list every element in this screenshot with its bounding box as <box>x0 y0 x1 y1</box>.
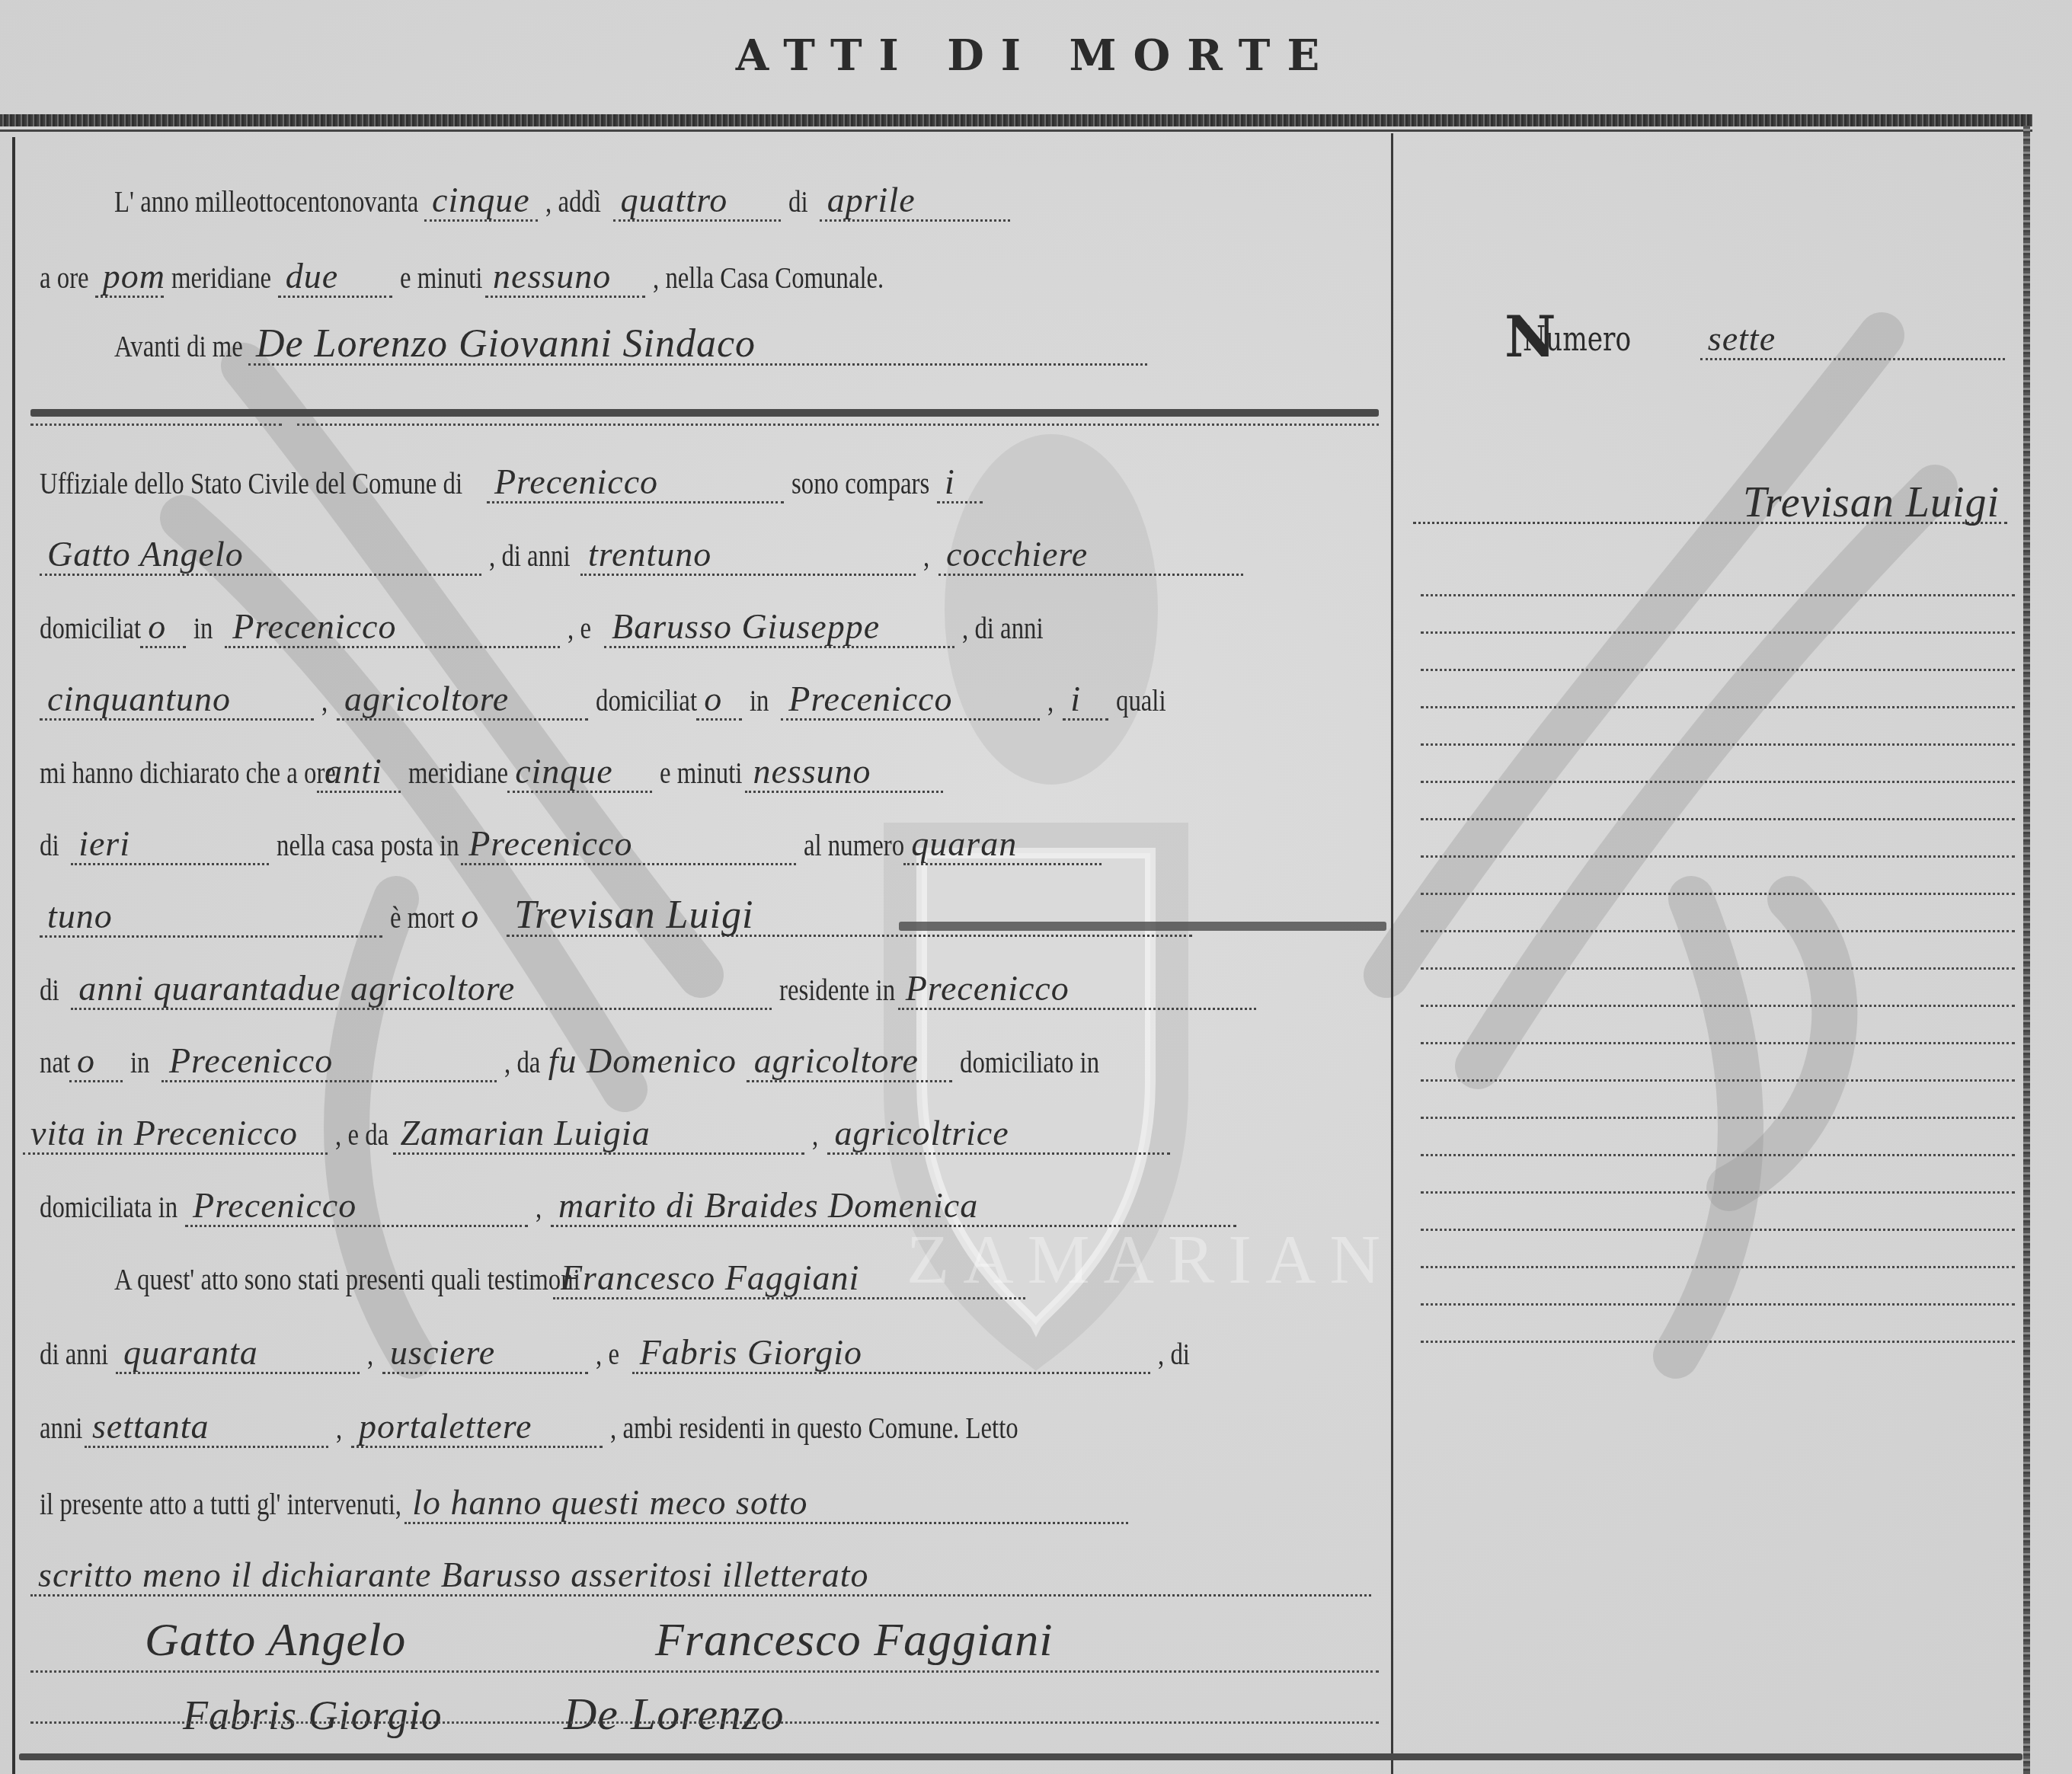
printed-text: , di anni <box>962 606 1044 651</box>
act-line-14: domiciliata in Precenicco , marito di Br… <box>40 1184 1236 1230</box>
printed-text: di <box>788 179 808 225</box>
margin-dotted-rule <box>1421 1005 2015 1007</box>
field-witness2-job: portalettere <box>351 1408 603 1448</box>
printed-text: meridiane <box>171 255 271 301</box>
field-closing-1: lo hanno questi meco sotto <box>404 1484 1128 1524</box>
field-birth-place: Precenicco <box>161 1042 497 1082</box>
margin-dotted-rule <box>1421 1117 2015 1119</box>
field-declarant2-domicile: Precenicco <box>781 680 1040 721</box>
printed-text: quali <box>1116 678 1166 724</box>
printed-text: di anni <box>40 1331 108 1377</box>
printed-text: a ore <box>40 255 89 301</box>
field-compars-suffix: i <box>937 463 983 503</box>
frame-left-border <box>12 137 15 1774</box>
act-line-2: a ore pom meridiane due e minuti nessuno… <box>40 255 935 301</box>
printed-text: domiciliata in <box>40 1184 177 1230</box>
margin-dotted-rule <box>1421 930 2015 932</box>
act-line-18: il presente atto a tutti gl' intervenuti… <box>40 1482 1128 1527</box>
printed-text: residente in <box>779 967 895 1013</box>
printed-text: , di <box>1158 1331 1190 1377</box>
margin-dotted-rule <box>1421 967 2015 970</box>
signature-dotted-rule <box>30 1670 1379 1673</box>
printed-text: , <box>536 1184 542 1230</box>
field-hour: due <box>278 257 392 298</box>
act-line-15: A quest' atto sono stati presenti quali … <box>114 1257 1025 1303</box>
printed-text: di <box>40 967 59 1013</box>
printed-text: , di anni <box>489 533 571 579</box>
printed-text: , e da <box>335 1112 388 1158</box>
printed-text: anni <box>40 1405 82 1451</box>
margin-deceased-name: Trevisan Luigi <box>1413 484 2007 524</box>
strike-rule <box>899 922 1386 931</box>
printed-text: domiciliat <box>40 606 141 651</box>
margin-deceased-line: Trevisan Luigi <box>1413 484 2007 529</box>
field-mort-suffix: o <box>453 897 499 935</box>
field-year: cinque <box>424 181 538 222</box>
field-quali-prefix: i <box>1063 680 1108 721</box>
act-line-16: di anni quaranta , usciere , e Fabris Gi… <box>40 1331 1197 1377</box>
printed-text: , addì <box>545 179 601 225</box>
margin-dotted-rule <box>1421 781 2015 783</box>
printed-text: , <box>321 678 328 724</box>
field-dom-suffix: o <box>696 680 742 721</box>
printed-text: , e <box>568 606 591 651</box>
field-deceased-name: Trevisan Luigi <box>507 897 1192 937</box>
section-rule <box>30 409 1379 417</box>
margin-dotted-rule <box>1421 1229 2015 1231</box>
margin-dotted-rule <box>1421 1303 2015 1306</box>
printed-text: in <box>193 606 213 651</box>
field-declarant2-job: agricoltore <box>337 680 588 721</box>
printed-text: , nella Casa Comunale. <box>653 255 884 301</box>
field-father-job: agricoltore <box>747 1042 952 1082</box>
printed-text: in <box>750 678 769 724</box>
act-line-9: di ieri nella casa posta in Precenicco a… <box>40 823 1102 868</box>
field-death-place: Precenicco <box>461 825 796 865</box>
printed-text: di <box>40 823 59 868</box>
field-death-minutes: nessuno <box>745 753 943 793</box>
printed-text: , e <box>596 1331 619 1377</box>
printed-text: , da <box>504 1040 540 1085</box>
field-death-hour: cinque <box>507 753 652 793</box>
printed-text: e minuti <box>660 750 742 796</box>
printed-text: meridiane <box>408 750 508 796</box>
margin-dotted-rule <box>1421 594 2015 596</box>
field-dom-suffix: o <box>140 608 186 648</box>
field-day: quattro <box>613 181 781 222</box>
field-month: aprile <box>820 181 1010 222</box>
act-line-7: cinquantuno , agricoltore domiciliat o i… <box>40 678 1177 724</box>
printed-text: mi hanno dichiarato che a ore <box>40 750 336 796</box>
printed-text: A quest' atto sono stati presenti quali … <box>114 1257 580 1303</box>
printed-text: , <box>367 1331 373 1377</box>
top-border-rule-thin <box>0 129 2032 132</box>
printed-text: nella casa posta in <box>277 823 459 868</box>
signature-de-lorenzo: De Lorenzo <box>556 1695 914 1733</box>
field-house-number-cont: tuno <box>40 897 382 938</box>
act-line-19: scritto meno il dichiarante Barusso asse… <box>30 1554 1371 1600</box>
act-line-3: Avanti di me De Lorenzo Giovanni Sindaco <box>114 324 1147 369</box>
document-page: ZAMARIAN ATTI DI MORTE L' anno milleotto… <box>0 0 2072 1774</box>
act-line-8: mi hanno dichiarato che a ore anti merid… <box>40 750 943 796</box>
printed-text: domiciliato in <box>960 1040 1099 1085</box>
margin-dotted-rule <box>1421 855 2015 858</box>
field-deceased-age-job: anni quarantadue agricoltore <box>71 970 772 1010</box>
field-deceased-residence: Precenicco <box>898 970 1256 1010</box>
printed-text: domiciliat <box>596 678 697 724</box>
field-mother-domicile: Precenicco <box>185 1187 528 1227</box>
field-nat-suffix: o <box>69 1042 123 1082</box>
signature-fabris-giorgio: Fabris Giorgio <box>175 1696 548 1734</box>
field-house-number: quaran <box>903 825 1102 865</box>
dotted-rule <box>297 424 1379 426</box>
act-line-17: anni settanta , portalettere , ambi resi… <box>40 1405 1108 1451</box>
top-border-rule <box>0 114 2032 129</box>
field-declarant1-name: Gatto Angelo <box>40 535 481 576</box>
field-declarant1-job: cocchiere <box>938 535 1243 576</box>
margin-dotted-rule <box>1421 1341 2015 1343</box>
margin-dotted-rule <box>1421 631 2015 634</box>
bottom-rule <box>19 1753 2022 1760</box>
printed-text: al numero <box>804 823 904 868</box>
record-number: NNumero sette <box>1504 305 2005 370</box>
field-declarant2-name: Barusso Giuseppe <box>604 608 954 648</box>
printed-text: , <box>812 1112 818 1158</box>
printed-text: il presente atto a tutti gl' intervenuti… <box>40 1482 401 1527</box>
field-mother: Zamarian Luigia <box>393 1114 804 1155</box>
margin-dotted-rule <box>1421 1154 2015 1156</box>
field-comune: Precenicco <box>487 463 784 503</box>
printed-text: , <box>336 1405 342 1451</box>
margin-dotted-rule <box>1421 1266 2015 1268</box>
signature-dotted-rule <box>30 1721 1379 1724</box>
field-minutes: nessuno <box>485 257 645 298</box>
field-spouse-note: marito di Braides Domenica <box>551 1187 1236 1227</box>
act-line-12: nat o in Precenicco , da fu Domenico agr… <box>40 1040 1130 1085</box>
act-line-10: tuno è mort o Trevisan Luigi <box>40 895 1192 941</box>
printed-text: L' anno milleottocentonovanta <box>114 179 418 225</box>
margin-dotted-rule <box>1421 893 2015 895</box>
signature-faggiani: Francesco Faggiani <box>647 1621 1257 1659</box>
field-witness1-name: Francesco Faggiani <box>553 1259 1025 1299</box>
field-declarant1-age: trentuno <box>580 535 916 576</box>
act-line-5: Gatto Angelo , di anni trentuno , cocchi… <box>40 533 1243 579</box>
field-declarant1-domicile: Precenicco <box>225 608 560 648</box>
act-line-4: Uffiziale dello Stato Civile del Comune … <box>40 461 983 507</box>
printed-text: Uffiziale dello Stato Civile del Comune … <box>40 461 462 507</box>
printed-text: e minuti <box>400 255 482 301</box>
printed-text: , <box>923 533 929 579</box>
margin-dotted-rule <box>1421 818 2015 820</box>
signature-line-2: Fabris Giorgio De Lorenzo <box>175 1695 914 1740</box>
margin-dotted-rule <box>1421 706 2015 708</box>
printed-text: è mort <box>390 895 455 941</box>
field-witness1-job: usciere <box>382 1334 588 1374</box>
numero-label: Numero <box>1523 320 1631 359</box>
frame-right-border <box>2023 126 2030 1774</box>
field-mother-job: agricoltrice <box>827 1114 1170 1155</box>
field-death-day: ieri <box>71 825 269 865</box>
margin-dotted-rule <box>1421 743 2015 746</box>
printed-text: , ambi residenti in questo Comune. Letto <box>610 1405 1018 1451</box>
dotted-rule <box>30 424 282 426</box>
column-divider <box>1391 133 1393 1774</box>
field-witness2-name: Fabris Giorgio <box>632 1334 1150 1374</box>
field-closing-2: scritto meno il dichiarante Barusso asse… <box>30 1556 1371 1597</box>
signature-line-1: Gatto Angelo Francesco Faggiani <box>137 1621 1257 1667</box>
numero-value: sette <box>1700 320 2005 360</box>
act-line-13: vita in Precenicco , e da Zamarian Luigi… <box>23 1112 1170 1158</box>
printed-text: Avanti di me <box>114 324 243 369</box>
margin-dotted-rule <box>1421 1079 2015 1082</box>
printed-text: in <box>130 1040 150 1085</box>
margin-dotted-rule <box>1421 1191 2015 1194</box>
field-period: pom <box>95 257 164 298</box>
margin-dotted-rule <box>1421 669 2015 671</box>
act-line-1: L' anno milleottocentonovanta cinque , a… <box>114 179 1010 225</box>
field-witness1-age: quaranta <box>116 1334 360 1374</box>
field-witness2-age: settanta <box>85 1408 328 1448</box>
margin-dotted-rule <box>1421 1042 2015 1044</box>
field-father: fu Domenico <box>541 1042 739 1080</box>
act-line-6: domiciliat o in Precenicco , e Barusso G… <box>40 606 1061 651</box>
field-father-domicile: vita in Precenicco <box>23 1114 328 1155</box>
field-officer: De Lorenzo Giovanni Sindaco <box>248 325 1147 366</box>
act-line-11: di anni quarantadue agricoltore resident… <box>40 967 1256 1013</box>
page-title: ATTI DI MORTE <box>0 30 2072 81</box>
field-declarant2-age: cinquantuno <box>40 680 314 721</box>
printed-text: , <box>1047 678 1054 724</box>
signature-gatto-angelo: Gatto Angelo <box>137 1621 640 1659</box>
printed-text: nat <box>40 1040 70 1085</box>
printed-text: sono compars <box>791 461 929 507</box>
